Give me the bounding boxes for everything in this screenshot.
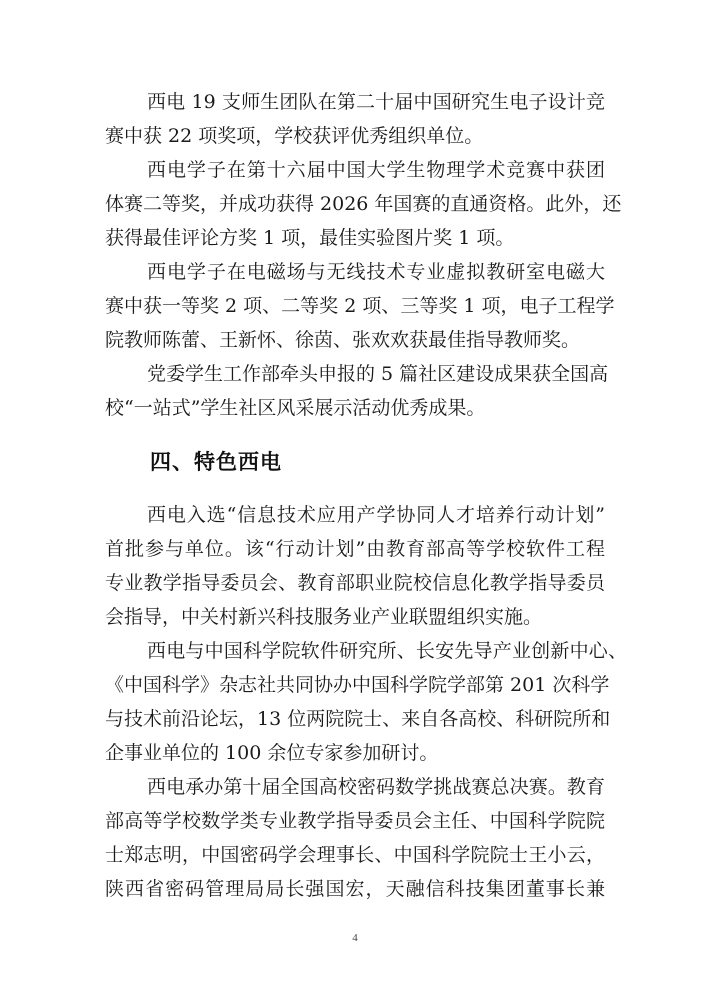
paragraph-3-line-3: 院教师陈蕾、王新怀、徐茵、张欢欢获最佳指导教师奖。 bbox=[105, 329, 605, 351]
paragraph-5-line-4: 会指导，中关村新兴科技服务业产业联盟组织实施。 bbox=[105, 606, 605, 628]
paragraph-3-line-2: 赛中获一等奖 2 项、二等奖 2 项、三等奖 1 项，电子工程学 bbox=[105, 295, 605, 317]
paragraph-6-line-3: 与技术前沿论坛，13 位两院院士、来自各高校、科研院所和 bbox=[105, 708, 605, 730]
paragraph-7-line-3: 士郑志明，中国密码学会理事长、中国科学院院士王小云， bbox=[105, 844, 605, 866]
paragraph-4-line-1: 党委学生工作部牵头申报的 5 篇社区建设成果获全国高 bbox=[147, 363, 605, 385]
paragraph-6-line-2: 《中国科学》杂志社共同协办中国科学院学部第 201 次科学 bbox=[105, 674, 605, 696]
paragraph-2-line-2: 体赛二等奖，并成功获得 2026 年国赛的直通资格。此外，还 bbox=[105, 193, 605, 215]
section-heading: 四、特色西电 bbox=[150, 446, 282, 476]
document-page: 西电 19 支师生团队在第二十届中国研究生电子设计竞 赛中获 22 项奖项，学校… bbox=[0, 0, 710, 996]
paragraph-3-line-1: 西电学子在电磁场与无线技术专业虚拟教研室电磁大 bbox=[147, 261, 605, 283]
paragraph-5-line-2: 首批参与单位。该“行动计划”由教育部高等学校软件工程 bbox=[105, 538, 605, 560]
paragraph-5-line-3: 专业教学指导委员会、教育部职业院校信息化教学指导委员 bbox=[105, 572, 605, 594]
paragraph-4-line-2: 校“一站式”学生社区风采展示活动优秀成果。 bbox=[105, 397, 605, 419]
paragraph-7-line-1: 西电承办第十届全国高校密码数学挑战赛总决赛。教育 bbox=[147, 776, 605, 798]
paragraph-1-line-1: 西电 19 支师生团队在第二十届中国研究生电子设计竞 bbox=[147, 91, 605, 113]
paragraph-2-line-1: 西电学子在第十六届中国大学生物理学术竞赛中获团 bbox=[147, 159, 605, 181]
paragraph-7-line-4: 陕西省密码管理局局长强国宏，天融信科技集团董事长兼 bbox=[105, 878, 605, 900]
paragraph-6-line-1: 西电与中国科学院软件研究所、长安先导产业创新中心、 bbox=[147, 640, 627, 662]
page-number: 4 bbox=[0, 932, 710, 944]
paragraph-2-line-3: 获得最佳评论方奖 1 项，最佳实验图片奖 1 项。 bbox=[105, 227, 605, 249]
paragraph-7-line-2: 部高等学校数学类专业教学指导委员会主任、中国科学院院 bbox=[105, 810, 605, 832]
paragraph-1-line-2: 赛中获 22 项奖项，学校获评优秀组织单位。 bbox=[105, 125, 605, 147]
paragraph-6-line-4: 企事业单位的 100 余位专家参加研讨。 bbox=[105, 742, 605, 764]
paragraph-5-line-1: 西电入选“信息技术应用产学协同人才培养行动计划” bbox=[147, 504, 605, 526]
